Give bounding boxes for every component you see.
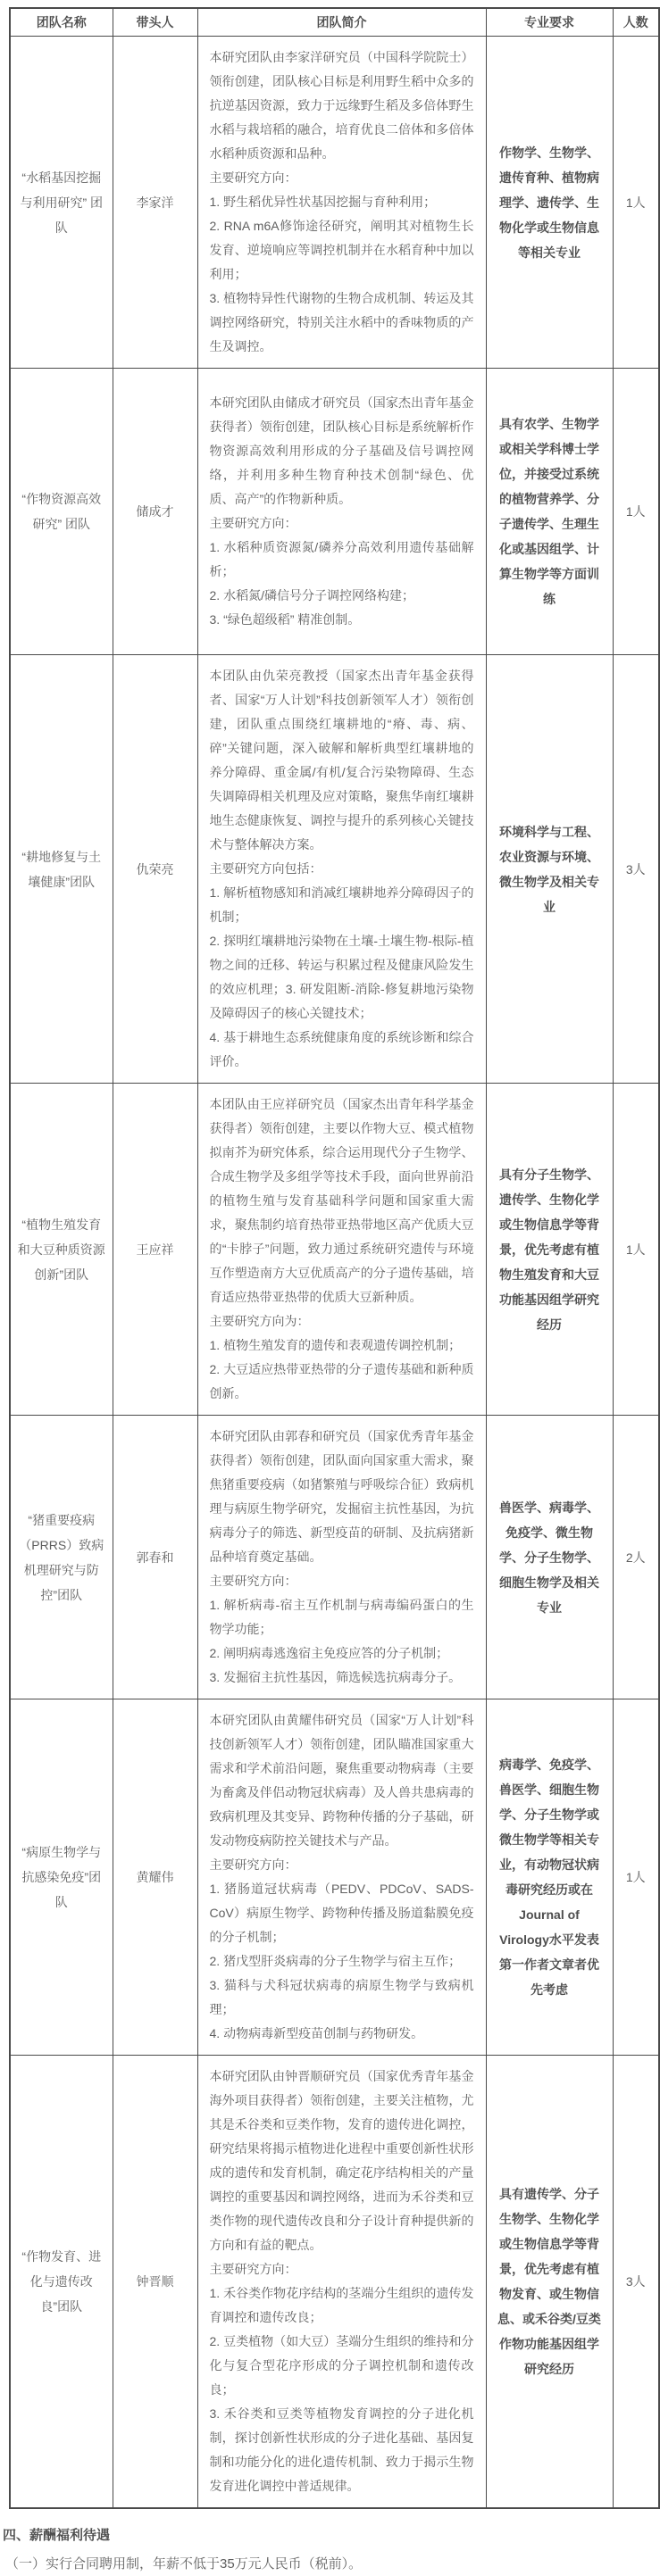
team-requirements-cell: 具有农学、生物学或相关学科博士学位，并接受过系统的植物营养学、分子遗传学、生理生… xyxy=(486,369,613,655)
table-row: “作物资源高效研究” 团队 储成才 本研究团队由储成才研究员（国家杰出青年基金获… xyxy=(10,369,659,655)
table-row: “猪重要疫病（PRRS）致病机理研究与防控”团队 郭春和 本研究团队由郭春和研究… xyxy=(10,1416,659,1699)
team-name-cell: “作物资源高效研究” 团队 xyxy=(10,369,113,655)
team-count-cell: 1人 xyxy=(613,37,659,369)
team-intro-cell: 本研究团队由郭春和研究员（国家优秀青年基金获得者）领衔创建，团队面向国家重大需求… xyxy=(197,1416,486,1699)
team-requirements-cell: 兽医学、病毒学、免疫学、微生物学、分子生物学、细胞生物学及相关专业 xyxy=(486,1416,613,1699)
document-page: 团队名称 带头人 团队简介 专业要求 人数 “水稻基因挖掘与利用研究” 团队 李… xyxy=(0,0,660,2576)
team-count-cell: 1人 xyxy=(613,1699,659,2056)
team-name-cell: “猪重要疫病（PRRS）致病机理研究与防控”团队 xyxy=(10,1416,113,1699)
team-leader-cell: 储成才 xyxy=(113,369,197,655)
team-requirements-cell: 环境科学与工程、农业资源与环境、微生物学及相关专业 xyxy=(486,655,613,1084)
team-count-cell: 3人 xyxy=(613,2056,659,2509)
team-count-cell: 1人 xyxy=(613,369,659,655)
table-row: “水稻基因挖掘与利用研究” 团队 李家洋 本研究团队由李家洋研究员（中国科学院院… xyxy=(10,37,659,369)
team-count-cell: 2人 xyxy=(613,1416,659,1699)
table-row: “作物发育、进化与遗传改良”团队 钟晋顺 本研究团队由钟晋顺研究员（国家优秀青年… xyxy=(10,2056,659,2509)
table-row: “耕地修复与土壤健康”团队 仇荣亮 本团队由仇荣亮教授（国家杰出青年基金获得者、… xyxy=(10,655,659,1084)
team-leader-cell: 王应祥 xyxy=(113,1084,197,1416)
team-name-cell: “植物生殖发育和大豆种质资源创新”团队 xyxy=(10,1084,113,1416)
team-requirements-cell: 具有分子生物学、遗传学、生物化学或生物信息学等背景，优先考虑有植物生殖发育和大豆… xyxy=(486,1084,613,1416)
team-intro-cell: 本研究团队由钟晋顺研究员（国家优秀青年基金海外项目获得者）领衔创建，主要关注植物… xyxy=(197,2056,486,2509)
team-count-cell: 3人 xyxy=(613,655,659,1084)
team-intro-cell: 本团队由仇荣亮教授（国家杰出青年基金获得者、国家“万人计划”科技创新领军人才）领… xyxy=(197,655,486,1084)
salary-benefits-section: 四、薪酬福利待遇 （一）实行合同聘用制，年薪不低于35万元人民币（税前）。 xyxy=(0,2525,660,2576)
team-intro-cell: 本研究团队由李家洋研究员（中国科学院院士）领衔创建，团队核心目标是利用野生稻中众… xyxy=(197,37,486,369)
salary-item-1: （一）实行合同聘用制，年薪不低于35万元人民币（税前）。 xyxy=(5,2553,660,2576)
team-leader-cell: 郭春和 xyxy=(113,1416,197,1699)
section-heading-salary-benefits: 四、薪酬福利待遇 xyxy=(3,2525,660,2544)
team-name-cell: “病原生物学与抗感染免疫”团队 xyxy=(10,1699,113,2056)
team-name-cell: “耕地修复与土壤健康”团队 xyxy=(10,655,113,1084)
team-leader-cell: 仇荣亮 xyxy=(113,655,197,1084)
column-header-requirements: 专业要求 xyxy=(486,8,613,37)
team-leader-cell: 李家洋 xyxy=(113,37,197,369)
recruitment-table: 团队名称 带头人 团队简介 专业要求 人数 “水稻基因挖掘与利用研究” 团队 李… xyxy=(9,7,660,2509)
table-header-row: 团队名称 带头人 团队简介 专业要求 人数 xyxy=(10,8,659,37)
column-header-count: 人数 xyxy=(613,8,659,37)
column-header-leader: 带头人 xyxy=(113,8,197,37)
team-requirements-cell: 病毒学、免疫学、兽医学、细胞生物学、分子生物学或微生物学等相关专业，有动物冠状病… xyxy=(486,1699,613,2056)
team-requirements-cell: 具有遗传学、分子生物学、生物化学或生物信息学等背景，优先考虑有植物发育、或生物信… xyxy=(486,2056,613,2509)
team-name-cell: “水稻基因挖掘与利用研究” 团队 xyxy=(10,37,113,369)
table-row: “植物生殖发育和大豆种质资源创新”团队 王应祥 本团队由王应祥研究员（国家杰出青… xyxy=(10,1084,659,1416)
column-header-team-name: 团队名称 xyxy=(10,8,113,37)
team-requirements-cell: 作物学、生物学、遗传育种、植物病理学、遗传学、生物化学或生物信息等相关专业 xyxy=(486,37,613,369)
team-intro-cell: 本研究团队由储成才研究员（国家杰出青年基金获得者）领衔创建，团队核心目标是系统解… xyxy=(197,369,486,655)
team-intro-cell: 本研究团队由黄耀伟研究员（国家“万人计划”科技创新领军人才）领衔创建，团队瞄准国… xyxy=(197,1699,486,2056)
team-intro-cell: 本团队由王应祥研究员（国家杰出青年科学基金获得者）领衔创建，主要以作物大豆、模式… xyxy=(197,1084,486,1416)
team-count-cell: 1人 xyxy=(613,1084,659,1416)
team-name-cell: “作物发育、进化与遗传改良”团队 xyxy=(10,2056,113,2509)
team-leader-cell: 黄耀伟 xyxy=(113,1699,197,2056)
column-header-intro: 团队简介 xyxy=(197,8,486,37)
team-leader-cell: 钟晋顺 xyxy=(113,2056,197,2509)
table-row: “病原生物学与抗感染免疫”团队 黄耀伟 本研究团队由黄耀伟研究员（国家“万人计划… xyxy=(10,1699,659,2056)
